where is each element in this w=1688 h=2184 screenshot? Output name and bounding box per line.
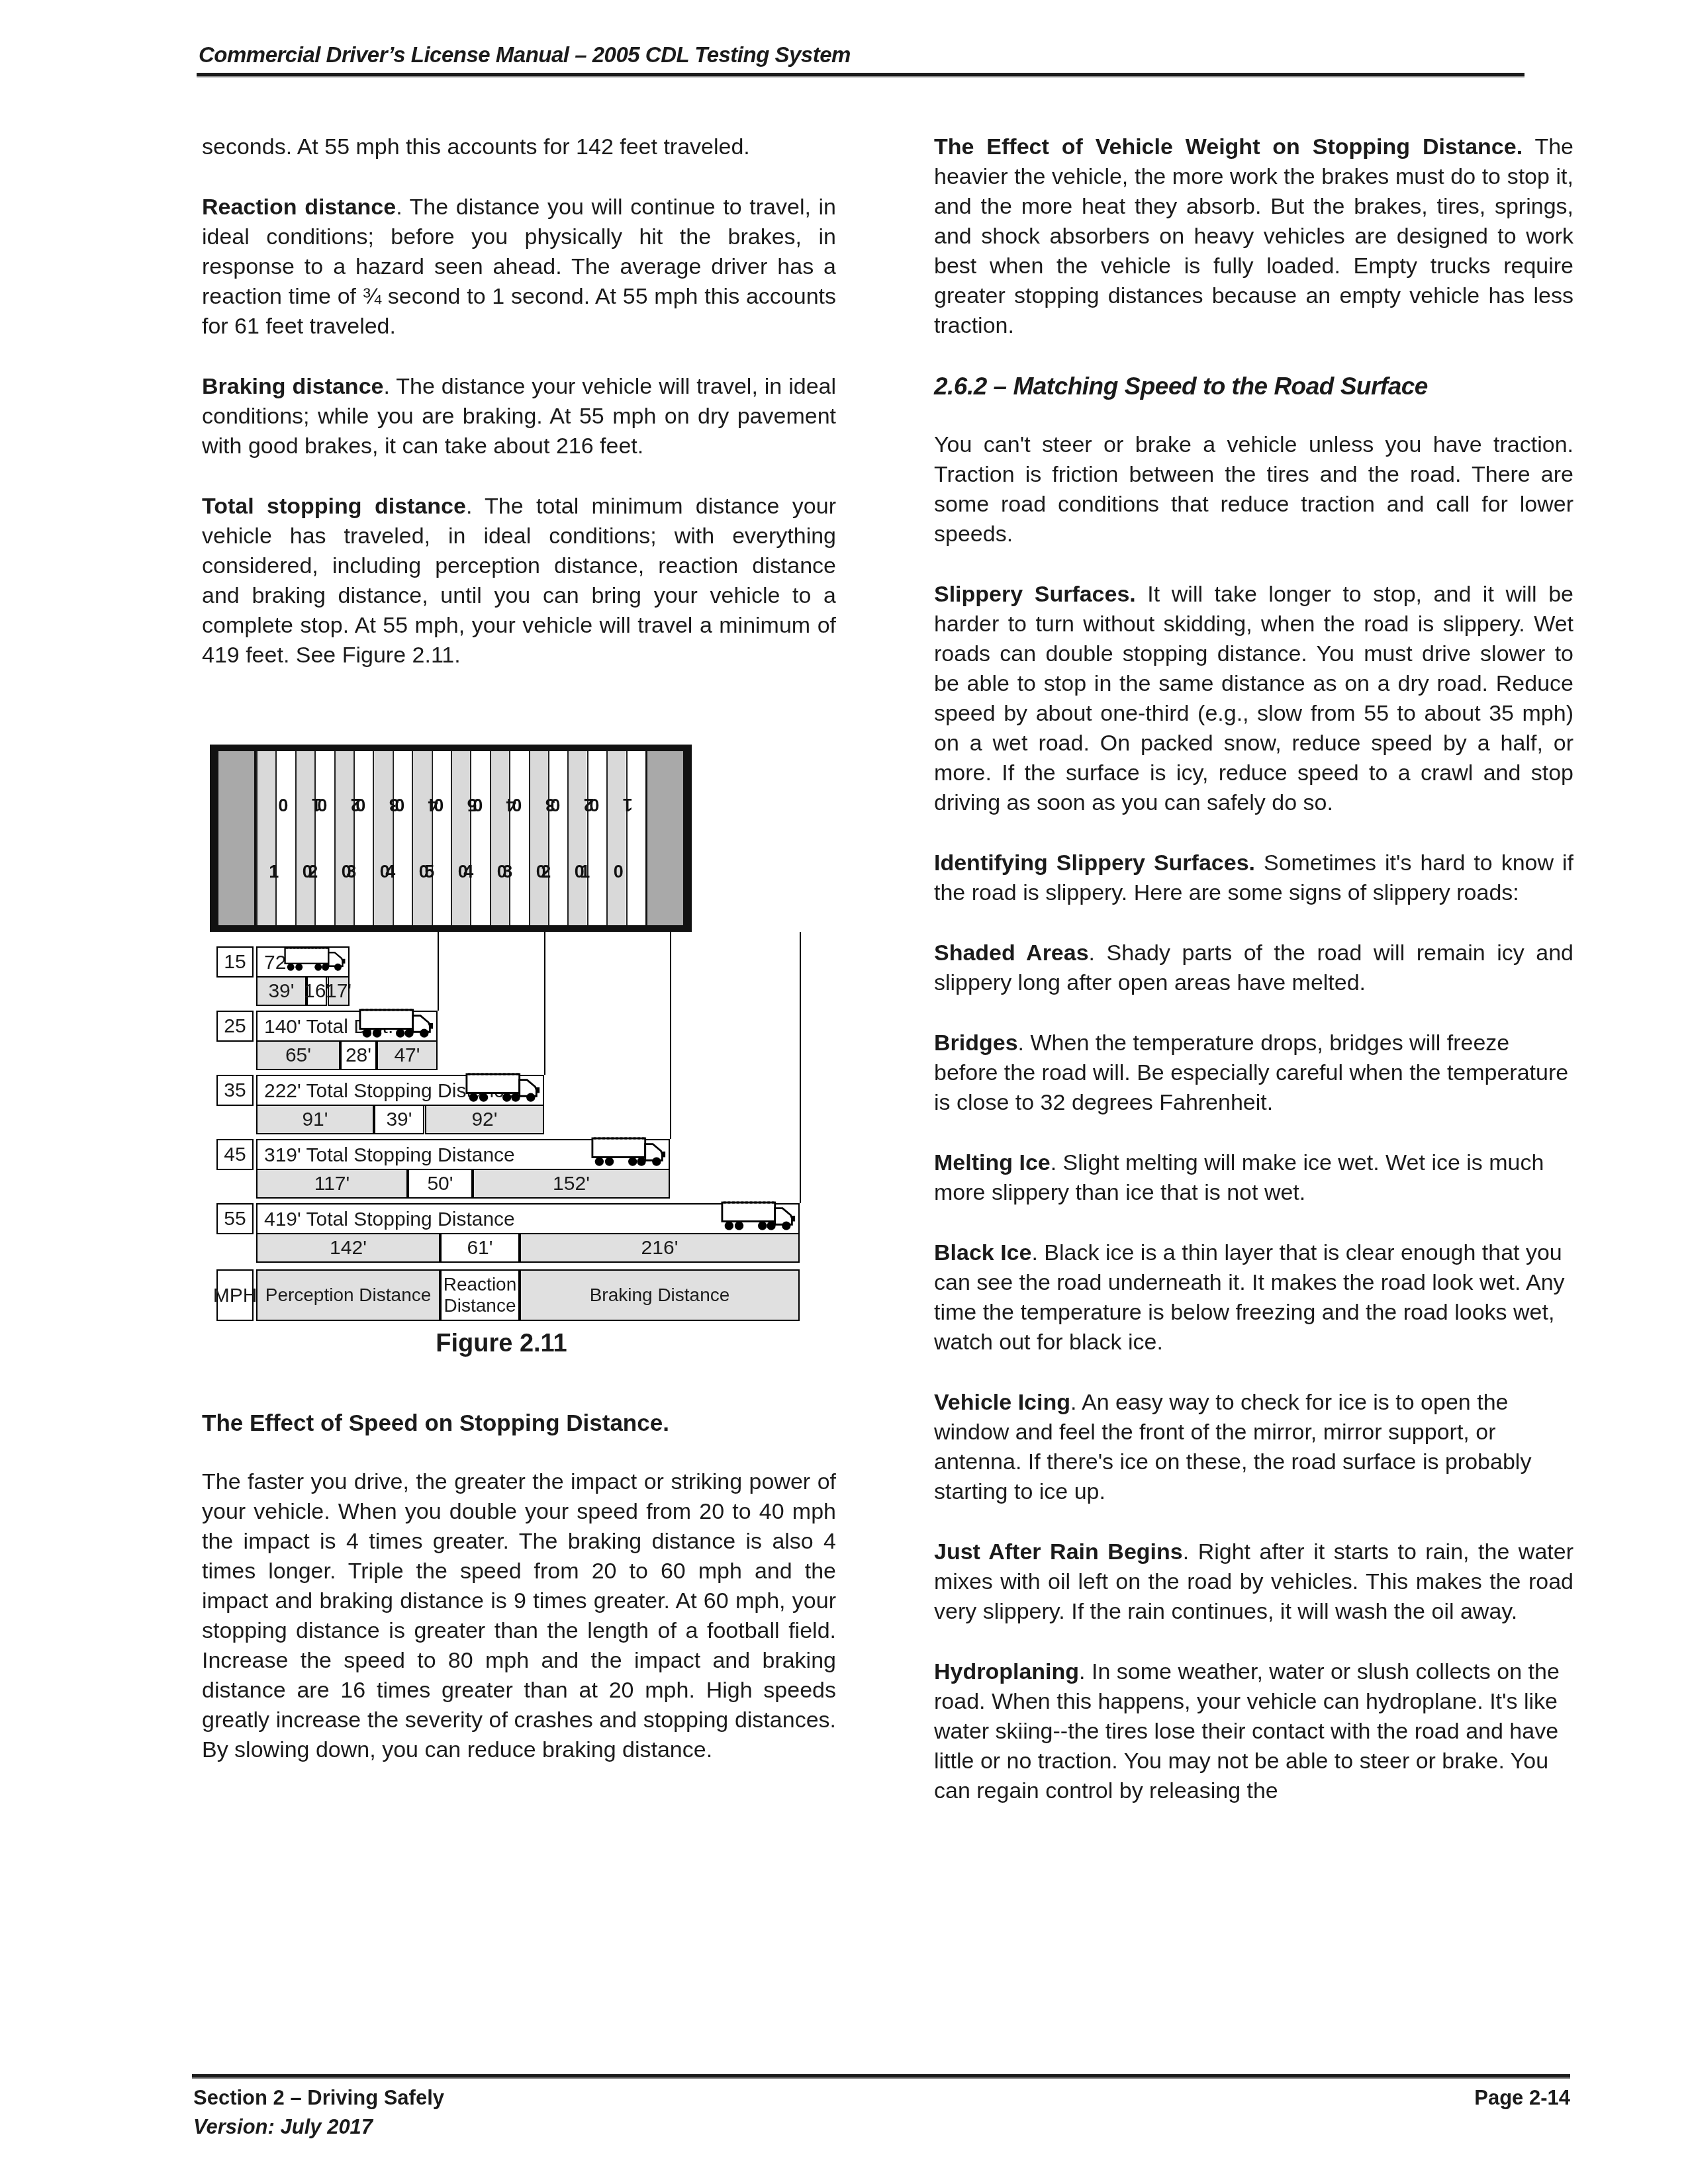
end-zone-left bbox=[216, 751, 256, 925]
left-column: seconds. At 55 mph this accounts for 142… bbox=[202, 132, 836, 1796]
paragraph-identifying-slippery: Identifying Slippery Surfaces. Sometimes… bbox=[934, 848, 1573, 908]
perception-segment: 91' bbox=[256, 1105, 374, 1134]
paragraph-text: The faster you drive, the greater the im… bbox=[202, 1469, 836, 1762]
reference-line bbox=[800, 932, 801, 1203]
yard-stripe bbox=[256, 751, 275, 925]
paragraph-text: . When the temperature drops, bridges wi… bbox=[934, 1030, 1568, 1115]
paragraph-bridges: Bridges. When the temperature drops, bri… bbox=[934, 1028, 1573, 1118]
reaction-segment: 28' bbox=[340, 1040, 377, 1070]
paragraph-hydroplaning: Hydroplaning. In some weather, water or … bbox=[934, 1657, 1573, 1806]
truck-icon bbox=[359, 1006, 434, 1039]
mph-value-box: 25 bbox=[216, 1011, 254, 1042]
figure-2-11: 1 01 02 02 03 03 04 04 05 05 04 04 03 03… bbox=[202, 745, 801, 1370]
mph-value-box: 55 bbox=[216, 1203, 254, 1234]
yard-stripe bbox=[334, 751, 353, 925]
yard-number-bottom: 1 0 bbox=[580, 857, 633, 887]
perception-segment: 39' bbox=[256, 976, 306, 1006]
run-in-heading: Vehicle Icing bbox=[934, 1390, 1070, 1415]
heading-effect-of-speed: The Effect of Speed on Stopping Distance… bbox=[202, 1408, 836, 1438]
truck-icon bbox=[284, 942, 346, 975]
total-distance-bar: 140' Total Dist. bbox=[256, 1011, 438, 1042]
footer-page-number: Page 2-14 bbox=[908, 2086, 1570, 2110]
total-distance-bar: 72' bbox=[256, 946, 350, 978]
figure-caption: Figure 2.11 bbox=[202, 1329, 801, 1359]
yard-stripe bbox=[509, 751, 528, 925]
total-distance-bar: 222' Total Stopping Distance bbox=[256, 1075, 544, 1106]
footer-version: Version: July 2017 bbox=[193, 2115, 373, 2139]
yard-stripe bbox=[470, 751, 489, 925]
run-in-heading: Just After Rain Begins bbox=[934, 1539, 1183, 1565]
legend-mph: MPH bbox=[216, 1269, 254, 1321]
paragraph-reaction-distance: Reaction distance. The distance you will… bbox=[202, 193, 836, 341]
perception-segment: 65' bbox=[256, 1040, 340, 1070]
header-title: Commercial Driver’s License Manual – 200… bbox=[199, 42, 851, 68]
reference-line bbox=[544, 932, 545, 1075]
yard-stripe bbox=[393, 751, 412, 925]
field-inner: 1 01 02 02 03 03 04 04 05 05 04 04 03 03… bbox=[216, 751, 685, 925]
braking-segment: 17' bbox=[328, 976, 350, 1006]
run-in-heading: Black Ice bbox=[934, 1240, 1031, 1265]
truck-icon bbox=[721, 1199, 796, 1232]
paragraph-slippery-surfaces: Slippery Surfaces. It will take longer t… bbox=[934, 580, 1573, 818]
total-distance-bar: 319' Total Stopping Distance bbox=[256, 1139, 670, 1170]
heading-section-2-6-2: 2.6.2 – Matching Speed to the Road Surfa… bbox=[934, 371, 1573, 401]
yard-stripe bbox=[548, 751, 567, 925]
run-in-heading: Shaded Areas bbox=[934, 940, 1089, 966]
yard-stripe bbox=[567, 751, 586, 925]
legend-braking: Braking Distance bbox=[520, 1269, 800, 1321]
yard-stripe bbox=[606, 751, 626, 925]
reaction-segment: 16' bbox=[306, 976, 327, 1006]
mph-value-box: 35 bbox=[216, 1075, 254, 1106]
paragraph-perception-continued: seconds. At 55 mph this accounts for 142… bbox=[202, 132, 836, 162]
yard-stripe bbox=[529, 751, 548, 925]
perception-segment: 117' bbox=[256, 1169, 408, 1199]
footer-section: Section 2 – Driving Safely bbox=[193, 2086, 444, 2110]
run-in-heading: Identifying Slippery Surfaces. bbox=[934, 850, 1255, 876]
paragraph-just-after-rain: Just After Rain Begins. Right after it s… bbox=[934, 1537, 1573, 1627]
right-column: The Effect of Vehicle Weight on Stopping… bbox=[934, 132, 1573, 1837]
legend-perception: Perception Distance bbox=[256, 1269, 440, 1321]
truck-icon bbox=[465, 1070, 541, 1103]
field-stripes: 1 01 02 02 03 03 04 04 05 05 04 04 03 03… bbox=[256, 751, 645, 925]
paragraph-effect-of-speed: The faster you drive, the greater the im… bbox=[202, 1467, 836, 1765]
footer-rule bbox=[192, 2074, 1570, 2079]
mph-value-box: 15 bbox=[216, 946, 254, 978]
paragraph-traction: You can't steer or brake a vehicle unles… bbox=[934, 430, 1573, 549]
reaction-segment: 50' bbox=[408, 1169, 473, 1199]
yard-stripe bbox=[314, 751, 334, 925]
braking-segment: 216' bbox=[520, 1233, 800, 1263]
football-field-graphic: 1 01 02 02 03 03 04 04 05 05 04 04 03 03… bbox=[210, 745, 692, 932]
paragraph-shaded-areas: Shaded Areas. Shady parts of the road wi… bbox=[934, 938, 1573, 998]
total-distance-bar: 419' Total Stopping Distance bbox=[256, 1203, 800, 1234]
paragraph-text: seconds. At 55 mph this accounts for 142… bbox=[202, 134, 750, 159]
yard-stripe bbox=[275, 751, 295, 925]
reference-line bbox=[438, 932, 439, 1011]
yard-stripe bbox=[451, 751, 470, 925]
run-in-heading: Braking distance bbox=[202, 374, 383, 399]
paragraph-melting-ice: Melting Ice. Slight melting will make ic… bbox=[934, 1148, 1573, 1208]
paragraph-braking-distance: Braking distance. The distance your vehi… bbox=[202, 372, 836, 461]
run-in-heading: Slippery Surfaces. bbox=[934, 582, 1136, 607]
run-in-heading: Bridges bbox=[934, 1030, 1018, 1056]
run-in-heading: Hydroplaning bbox=[934, 1659, 1079, 1684]
run-in-heading: Reaction distance bbox=[202, 195, 396, 220]
header-rule bbox=[197, 73, 1524, 77]
paragraph-total-stopping-distance: Total stopping distance. The total minim… bbox=[202, 492, 836, 670]
yard-stripe bbox=[490, 751, 509, 925]
paragraph-black-ice: Black Ice. Black ice is a thin layer tha… bbox=[934, 1238, 1573, 1357]
end-zone-right bbox=[645, 751, 685, 925]
yard-stripe bbox=[412, 751, 431, 925]
braking-segment: 152' bbox=[473, 1169, 670, 1199]
mph-value-box: 45 bbox=[216, 1139, 254, 1170]
paragraph-text: It will take longer to stop, and it will… bbox=[934, 582, 1573, 815]
yard-stripe bbox=[353, 751, 373, 925]
reaction-segment: 39' bbox=[374, 1105, 424, 1134]
yard-stripe bbox=[295, 751, 314, 925]
paragraph-text: You can't steer or brake a vehicle unles… bbox=[934, 432, 1573, 547]
yard-stripe bbox=[587, 751, 606, 925]
yard-stripe bbox=[626, 751, 645, 925]
paragraph-text: . The total minimum distance your vehicl… bbox=[202, 494, 836, 668]
paragraph-vehicle-weight: The Effect of Vehicle Weight on Stopping… bbox=[934, 132, 1573, 341]
paragraph-text: The heavier the vehicle, the more work t… bbox=[934, 134, 1573, 338]
braking-segment: 92' bbox=[425, 1105, 544, 1134]
perception-segment: 142' bbox=[256, 1233, 440, 1263]
paragraph-vehicle-icing: Vehicle Icing. An easy way to check for … bbox=[934, 1388, 1573, 1507]
reference-line bbox=[670, 932, 671, 1139]
truck-icon bbox=[591, 1134, 667, 1167]
legend-reaction: Reaction Distance bbox=[440, 1269, 520, 1321]
total-distance-label: 419' Total Stopping Distance bbox=[264, 1204, 515, 1234]
run-in-heading: The Effect of Vehicle Weight on Stopping… bbox=[934, 134, 1523, 159]
total-distance-label: 319' Total Stopping Distance bbox=[264, 1140, 515, 1169]
braking-segment: 47' bbox=[377, 1040, 438, 1070]
yard-stripe bbox=[373, 751, 392, 925]
reaction-segment: 61' bbox=[440, 1233, 520, 1263]
yard-number-top: 1 0 bbox=[580, 790, 633, 819]
run-in-heading: Total stopping distance bbox=[202, 494, 466, 519]
yard-stripe bbox=[432, 751, 451, 925]
manual-page: Commercial Driver’s License Manual – 200… bbox=[0, 0, 1688, 2184]
run-in-heading: Melting Ice bbox=[934, 1150, 1051, 1175]
